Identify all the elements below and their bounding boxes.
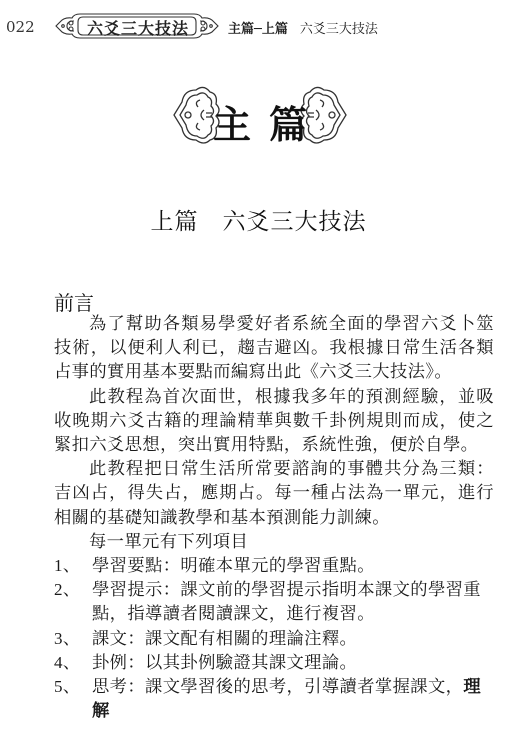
running-head-section: 主篇─上篇	[228, 22, 288, 37]
list-item-text: 思考：課文學習後的思考，引導讀者掌握課文，	[92, 677, 463, 697]
list-item: 5、 思考：課文學習後的思考，引導讀者掌握課文，理解	[54, 675, 494, 723]
part-title: 主篇	[170, 94, 350, 149]
paragraph: 每一單元有下列項目	[54, 530, 494, 554]
list-item: 4、 卦例：以其卦例驗證其課文理論。	[54, 651, 494, 675]
list-item: 3、 課文：課文配有相關的理論注釋。	[54, 627, 494, 651]
part-title-block: 主篇	[170, 80, 350, 150]
paragraph: 此教程為首次面世，根據我多年的預測經驗，並吸收晚期六爻古籍的理論精華與數千卦例規…	[54, 385, 494, 458]
running-head: 主篇─上篇六爻三大技法	[228, 18, 378, 37]
list-item-text: 學習要點：明確本單元的學習重點。	[92, 556, 375, 576]
chapter-title: 上篇 六爻三大技法	[0, 203, 517, 236]
page-number: 022	[6, 18, 35, 36]
paragraph: 為了幫助各類易學愛好者系統全面的學習六爻卜筮技術，以便利人利已，趨吉避凶。我根據…	[54, 312, 494, 385]
paragraph: 此教程把日常生活所常要諮詢的事體共分為三類：吉凶占，得失占，應期占。每一種占法為…	[54, 457, 494, 530]
unit-items-list: 1、 學習要點：明確本單元的學習重點。 2、 學習提示：課文前的學習提示指明本課…	[54, 554, 494, 723]
book-title-banner: 六爻三大技法	[54, 11, 220, 41]
list-item-text: 學習提示：課文前的學習提示指明本課文的學習重點，指導讀者閱讀課文，進行複習。	[92, 580, 481, 624]
list-item: 1、 學習要點：明確本單元的學習重點。	[54, 554, 494, 578]
list-item-text: 卦例：以其卦例驗證其課文理論。	[92, 653, 357, 673]
list-item-number: 2、	[54, 578, 80, 602]
list-item-number: 1、	[54, 554, 80, 578]
body-text: 為了幫助各類易學愛好者系統全面的學習六爻卜筮技術，以便利人利已，趨吉避凶。我根據…	[54, 312, 494, 723]
list-item-number: 5、	[54, 675, 80, 699]
list-item-text: 課文：課文配有相關的理論注釋。	[92, 629, 357, 649]
list-item-number: 3、	[54, 627, 80, 651]
list-item: 2、 學習提示：課文前的學習提示指明本課文的學習重點，指導讀者閱讀課文，進行複習…	[54, 578, 494, 626]
book-title: 六爻三大技法	[84, 16, 192, 39]
running-head-title: 六爻三大技法	[300, 22, 378, 37]
list-item-number: 4、	[54, 651, 80, 675]
